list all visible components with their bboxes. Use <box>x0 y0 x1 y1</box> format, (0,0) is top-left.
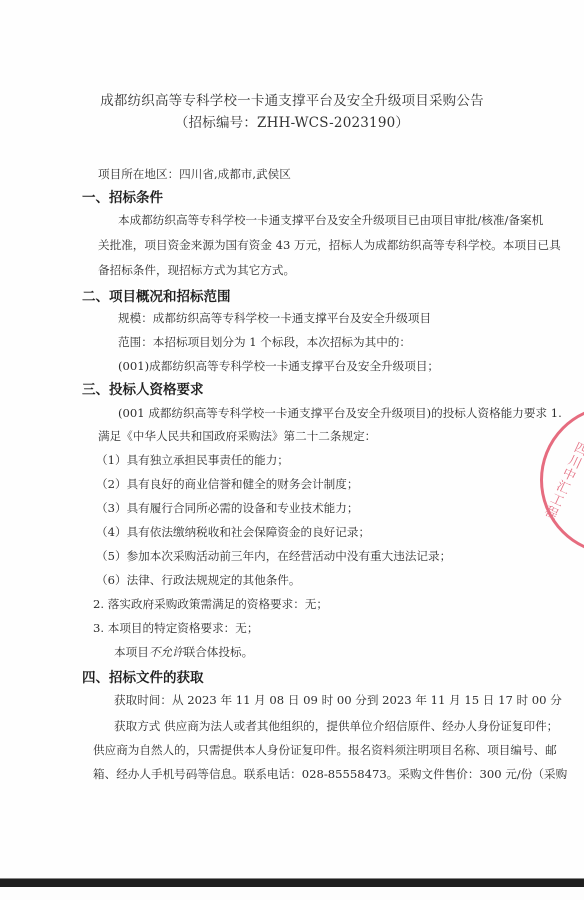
acquisition-method: 获取方式 供应商为法人或者其他组织的，提供单位介绍信原件、经办人身份证复印件； <box>114 718 558 734</box>
document-page: 成都纺织高等专科学校一卡通支撑平台及安全升级项目采购公告 （招标编号：ZHH-W… <box>0 0 584 878</box>
document-title: 成都纺织高等专科学校一卡通支撑平台及安全升级项目采购公告 <box>0 89 584 109</box>
acquisition-method-cont: 供应商为自然人的，只需提供本人身份证复印件。报名资料须注明项目名称、项目编号、邮 <box>93 742 557 758</box>
section-heading-2: 二、项目概况和招标范围 <box>82 285 231 305</box>
requirement-item: （2）具有良好的商业信誉和健全的财务会计制度； <box>96 476 358 492</box>
section-heading-1: 一、招标条件 <box>82 186 163 206</box>
section-2-line: 范围：本招标项目划分为 1 个标段，本次招标为其中的： <box>118 334 411 350</box>
requirement-item: （6）法律、行政法规规定的其他条件。 <box>96 572 300 588</box>
section-2-line: (001)成都纺织高等专科学校一卡通支撑平台及安全升级项目； <box>118 358 439 374</box>
section-3-line: 满足《中华人民共和国政府采购法》第二十二条规定： <box>98 428 376 444</box>
official-seal-stamp: 四川中汇工程 <box>540 405 584 555</box>
requirement-item: （5）参加本次采购活动前三年内，在经营活动中没有重大违法记录； <box>96 548 451 564</box>
joint-bid-statement: 本项目不允许联合体投标。 <box>114 644 253 660</box>
joint-not-allowed: 不允许 <box>149 645 184 659</box>
policy-requirement: 2. 落实政府采购政策需满足的资格要求：无； <box>93 596 328 612</box>
section-heading-3: 三、投标人资格要求 <box>82 378 204 398</box>
project-location: 项目所在地区：四川省,成都市,武侯区 <box>98 166 291 182</box>
acquisition-time: 获取时间：从 2023 年 11 月 08 日 09 时 00 分到 2023 … <box>114 692 562 708</box>
stamp-text: 四川中汇工程 <box>538 438 584 522</box>
specific-requirement: 3. 本项目的特定资格要求：无； <box>93 620 258 636</box>
section-1-line: 备招标条件，现招标方式为其它方式。 <box>98 262 295 278</box>
section-heading-4: 四、招标文件的获取 <box>82 666 204 686</box>
requirement-item: （3）具有履行合同所必需的设备和专业技术能力； <box>96 500 358 516</box>
contact-and-price: 箱、经办人手机号码等信息。联系电话：028-85558473。采购文件售价：30… <box>93 766 567 782</box>
section-1-line: 关批准，项目资金来源为国有资金 43 万元，招标人为成都纺织高等专科学校。本项目… <box>98 237 561 253</box>
joint-suffix: 联合体投标。 <box>184 645 254 659</box>
section-2-line: 规模：成都纺织高等专科学校一卡通支撑平台及安全升级项目 <box>118 310 431 326</box>
bid-number: （招标编号：ZHH-WCS-2023190） <box>0 111 584 131</box>
requirement-item: （4）具有依法缴纳税收和社会保障资金的良好记录； <box>96 524 370 540</box>
section-3-line: (001 成都纺织高等专科学校一卡通支撑平台及安全升级项目)的投标人资格能力要求… <box>118 405 562 421</box>
section-1-line: 本成都纺织高等专科学校一卡通支撑平台及安全升级项目已由项目审批/核准/备案机 <box>118 212 543 228</box>
requirement-item: （1）具有独立承担民事责任的能力； <box>96 452 289 468</box>
page-bottom-edge <box>0 878 584 887</box>
joint-prefix: 本项目 <box>114 645 149 659</box>
